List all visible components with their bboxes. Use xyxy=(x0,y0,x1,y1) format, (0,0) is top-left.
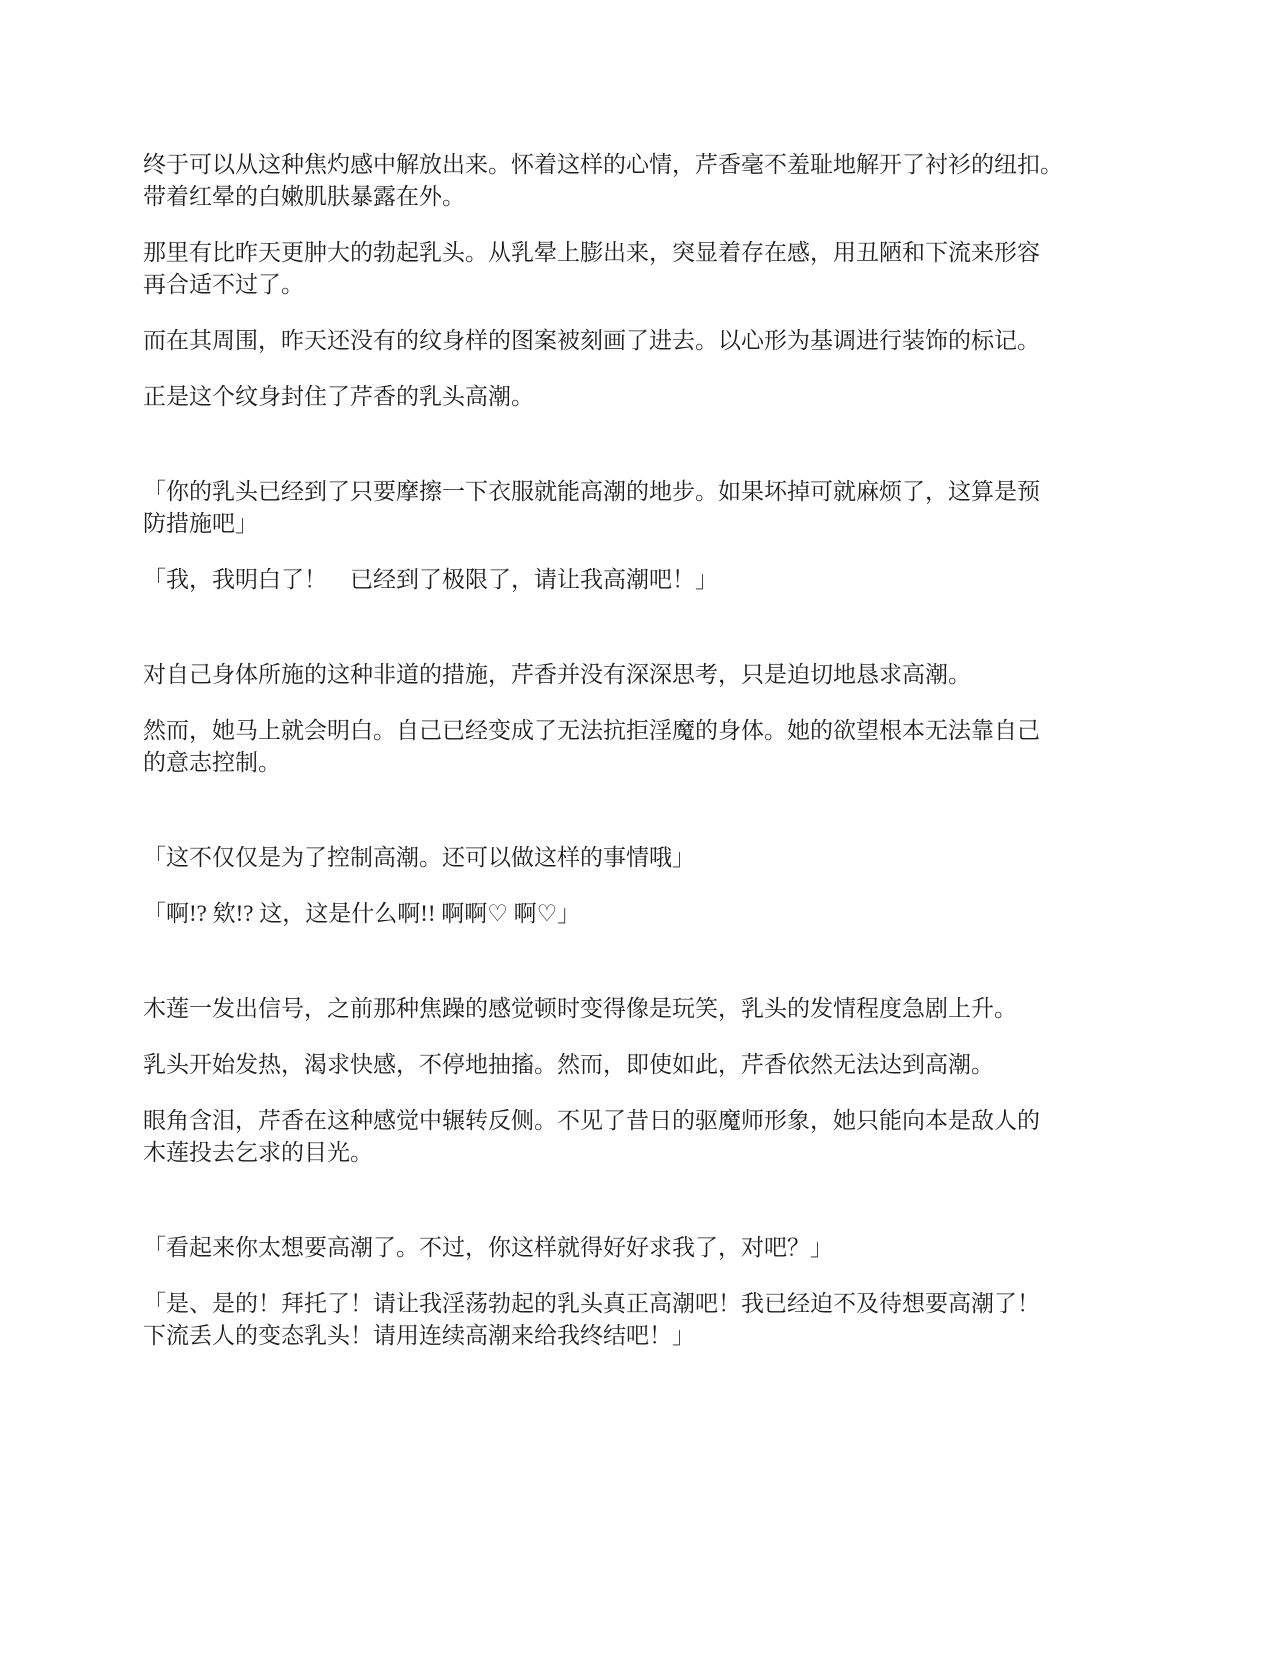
paragraph-narration-4: 正是这个纹身封住了芹香的乳头高潮。 xyxy=(143,381,1095,413)
paragraph-dialogue-2: 「我，我明白了！ 已经到了极限了，请让我高潮吧！」 xyxy=(143,564,1095,596)
text-line: 带着红晕的白嫩肌肤暴露在外。 xyxy=(143,181,1095,213)
text-line: 的意志控制。 xyxy=(143,747,1095,779)
paragraph-dialogue-5: 「看起来你太想要高潮了。不过，你这样就得好好求我了，对吧？」 xyxy=(143,1232,1095,1264)
text-line: 乳头开始发热，渴求快感，不停地抽搐。然而，即使如此，芹香依然无法达到高潮。 xyxy=(143,1049,1095,1081)
paragraph-dialogue-3: 「这不仅仅是为了控制高潮。还可以做这样的事情哦」 xyxy=(143,842,1095,874)
text-column: 终于可以从这种焦灼感中解放出来。怀着这样的心情，芹香毫不羞耻地解开了衬衫的纽扣。… xyxy=(143,149,1095,1376)
text-line: 眼角含泪，芹香在这种感觉中辗转反侧。不见了昔日的驱魔师形象，她只能向本是敌人的 xyxy=(143,1105,1095,1137)
text-line: 木莲投去乞求的目光。 xyxy=(143,1137,1095,1169)
paragraph-dialogue-4: 「啊!? 欸!? 这，这是什么啊!! 啊啊♡ 啊♡」 xyxy=(143,898,1095,930)
text-line: 「啊!? 欸!? 这，这是什么啊!! 啊啊♡ 啊♡」 xyxy=(143,898,1095,930)
paragraph-dialogue-6: 「是、是的！拜托了！请让我淫荡勃起的乳头真正高潮吧！我已经迫不及待想要高潮了！ … xyxy=(143,1288,1095,1352)
paragraph-narration-3: 而在其周围，昨天还没有的纹身样的图案被刻画了进去。以心形为基调进行装饰的标记。 xyxy=(143,325,1095,357)
paragraph-narration-7: 木莲一发出信号，之前那种焦躁的感觉顿时变得像是玩笑，乳头的发情程度急剧上升。 xyxy=(143,993,1095,1025)
text-line: 「这不仅仅是为了控制高潮。还可以做这样的事情哦」 xyxy=(143,842,1095,874)
paragraph-dialogue-1: 「你的乳头已经到了只要摩擦一下衣服就能高潮的地步。如果坏掉可就麻烦了，这算是预 … xyxy=(143,476,1095,540)
text-line: 而在其周围，昨天还没有的纹身样的图案被刻画了进去。以心形为基调进行装饰的标记。 xyxy=(143,325,1095,357)
paragraph-narration-8: 乳头开始发热，渴求快感，不停地抽搐。然而，即使如此，芹香依然无法达到高潮。 xyxy=(143,1049,1095,1081)
text-line: 木莲一发出信号，之前那种焦躁的感觉顿时变得像是玩笑，乳头的发情程度急剧上升。 xyxy=(143,993,1095,1025)
text-line: 「我，我明白了！ 已经到了极限了，请让我高潮吧！」 xyxy=(143,564,1095,596)
text-line: 终于可以从这种焦灼感中解放出来。怀着这样的心情，芹香毫不羞耻地解开了衬衫的纽扣。 xyxy=(143,149,1095,181)
document-page: 终于可以从这种焦灼感中解放出来。怀着这样的心情，芹香毫不羞耻地解开了衬衫的纽扣。… xyxy=(0,0,1280,1656)
text-line: 「看起来你太想要高潮了。不过，你这样就得好好求我了，对吧？」 xyxy=(143,1232,1095,1264)
text-line: 那里有比昨天更肿大的勃起乳头。从乳晕上膨出来，突显着存在感，用丑陋和下流来形容 xyxy=(143,237,1095,269)
text-line: 对自己身体所施的这种非道的措施，芹香并没有深深思考，只是迫切地恳求高潮。 xyxy=(143,659,1095,691)
text-line: 防措施吧」 xyxy=(143,508,1095,540)
paragraph-narration-2: 那里有比昨天更肿大的勃起乳头。从乳晕上膨出来，突显着存在感，用丑陋和下流来形容 … xyxy=(143,237,1095,301)
paragraph-narration-1: 终于可以从这种焦灼感中解放出来。怀着这样的心情，芹香毫不羞耻地解开了衬衫的纽扣。… xyxy=(143,149,1095,213)
text-line: 正是这个纹身封住了芹香的乳头高潮。 xyxy=(143,381,1095,413)
text-line: 下流丢人的变态乳头！请用连续高潮来给我终结吧！」 xyxy=(143,1320,1095,1352)
paragraph-narration-6: 然而，她马上就会明白。自己已经变成了无法抗拒淫魔的身体。她的欲望根本无法靠自己 … xyxy=(143,715,1095,779)
text-line: 「你的乳头已经到了只要摩擦一下衣服就能高潮的地步。如果坏掉可就麻烦了，这算是预 xyxy=(143,476,1095,508)
text-line: 然而，她马上就会明白。自己已经变成了无法抗拒淫魔的身体。她的欲望根本无法靠自己 xyxy=(143,715,1095,747)
text-line: 再合适不过了。 xyxy=(143,269,1095,301)
paragraph-narration-5: 对自己身体所施的这种非道的措施，芹香并没有深深思考，只是迫切地恳求高潮。 xyxy=(143,659,1095,691)
text-line: 「是、是的！拜托了！请让我淫荡勃起的乳头真正高潮吧！我已经迫不及待想要高潮了！ xyxy=(143,1288,1095,1320)
paragraph-narration-9: 眼角含泪，芹香在这种感觉中辗转反侧。不见了昔日的驱魔师形象，她只能向本是敌人的 … xyxy=(143,1105,1095,1169)
